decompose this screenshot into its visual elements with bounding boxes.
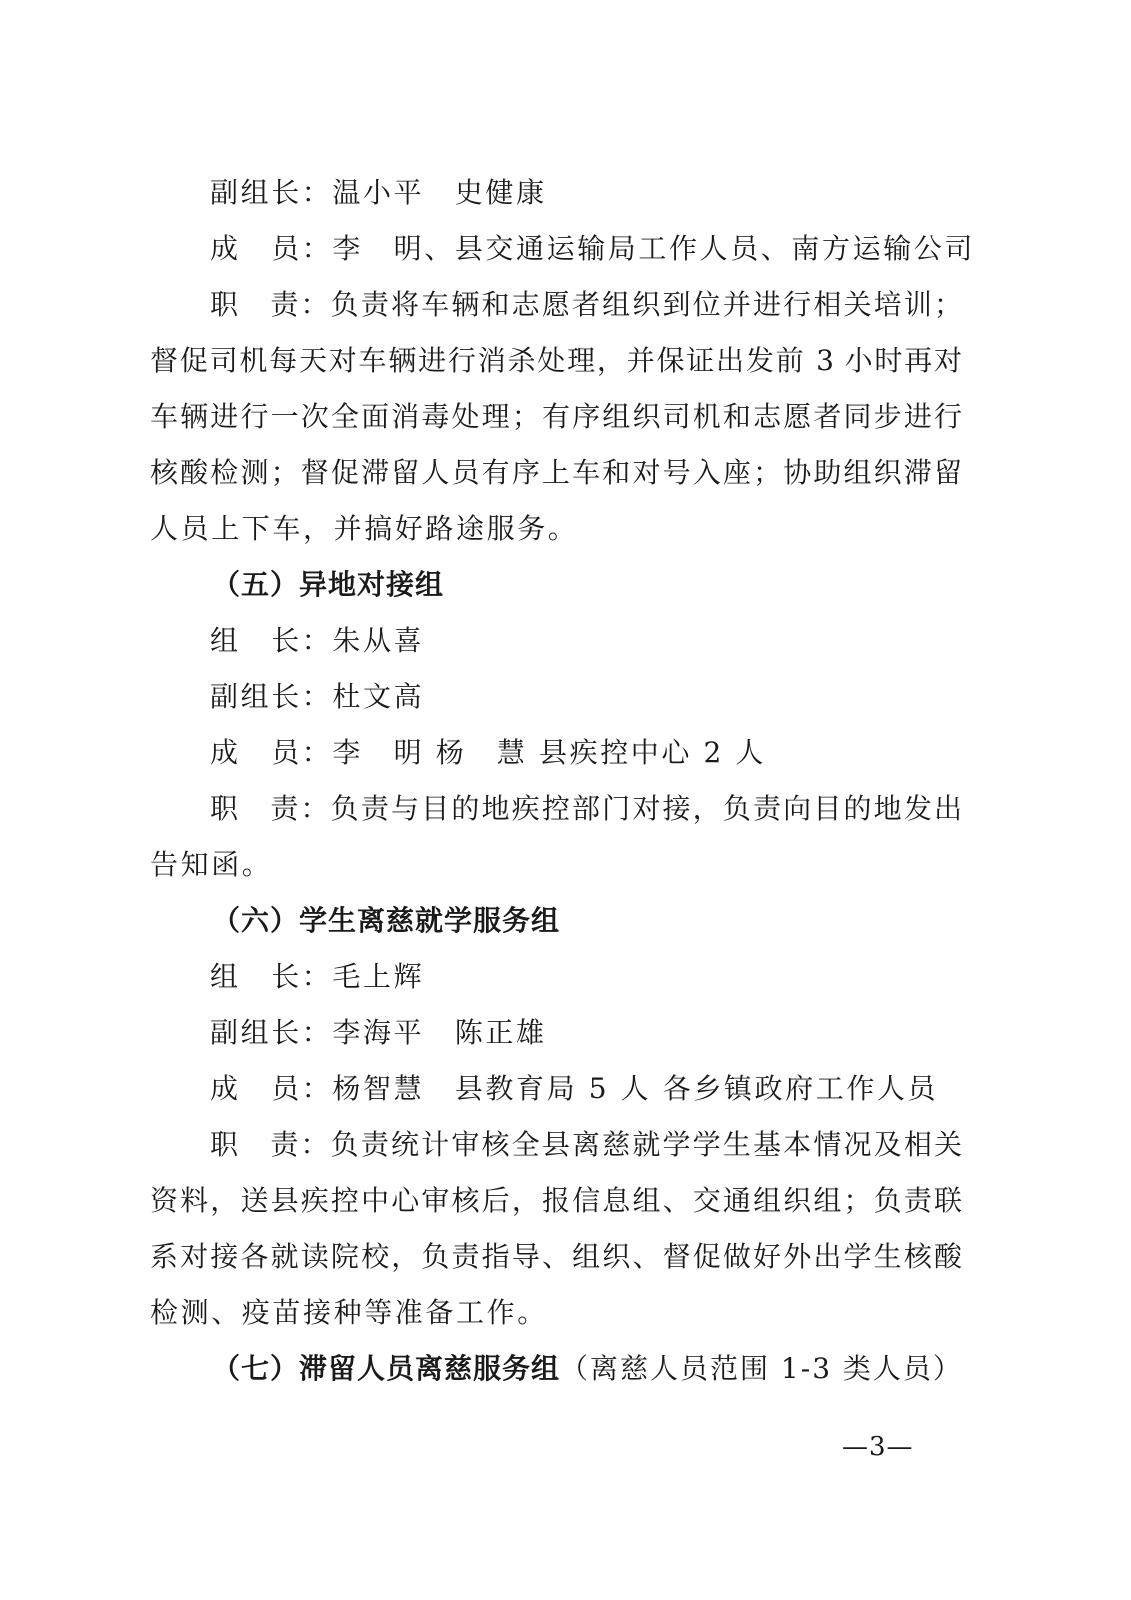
leader-line: 组 长：毛上辉 xyxy=(210,960,962,994)
duties-continuation: 人员上下车，并搞好路途服务。 xyxy=(150,512,962,546)
leader-line: 组 长：朱从喜 xyxy=(210,624,962,658)
duties-line: 职 责：负责与目的地疾控部门对接，负责向目的地发出 xyxy=(210,792,962,826)
document-page: 副组长：温小平 史健康 成 员：李 明、县交通运输局工作人员、南方运输公司 职 … xyxy=(0,0,1131,1600)
deputy-leader-line: 副组长：温小平 史健康 xyxy=(210,176,962,210)
duties-continuation: 告知函。 xyxy=(150,848,962,882)
section-heading-7-title: （七）滞留人员离慈服务组 xyxy=(212,1352,560,1385)
members-line: 成 员：李 明 杨 慧 县疾控中心 2 人 xyxy=(210,736,962,770)
duties-continuation: 检测、疫苗接种等准备工作。 xyxy=(150,1296,962,1330)
duties-continuation: 督促司机每天对车辆进行消杀处理，并保证出发前 3 小时再对 xyxy=(150,344,962,378)
duties-continuation: 车辆进行一次全面消毒处理；有序组织司机和志愿者同步进行 xyxy=(150,400,962,434)
deputy-leader-line: 副组长：杜文高 xyxy=(210,680,962,714)
deputy-leader-line: 副组长：李海平 陈正雄 xyxy=(210,1016,962,1050)
duties-line: 职 责：负责统计审核全县离慈就学学生基本情况及相关 xyxy=(210,1128,962,1162)
page-number: —3— xyxy=(842,1430,914,1464)
duties-continuation: 系对接各就读院校，负责指导、组织、督促做好外出学生核酸 xyxy=(150,1240,962,1274)
duties-line: 职 责：负责将车辆和志愿者组织到位并进行相关培训； xyxy=(210,288,962,322)
members-line: 成 员：杨智慧 县教育局 5 人 各乡镇政府工作人员 xyxy=(210,1072,962,1106)
section-heading-7-note: （离慈人员范围 1-3 类人员） xyxy=(560,1352,963,1385)
section-heading-7: （七）滞留人员离慈服务组（离慈人员范围 1-3 类人员） xyxy=(212,1352,1024,1386)
section-heading-5: （五）异地对接组 xyxy=(212,568,1024,602)
members-line: 成 员：李 明、县交通运输局工作人员、南方运输公司 xyxy=(210,232,962,266)
duties-continuation: 核酸检测；督促滞留人员有序上车和对号入座；协助组织滞留 xyxy=(150,456,962,490)
section-heading-6: （六）学生离慈就学服务组 xyxy=(212,904,1024,938)
duties-continuation: 资料，送县疾控中心审核后，报信息组、交通组织组；负责联 xyxy=(150,1184,962,1218)
